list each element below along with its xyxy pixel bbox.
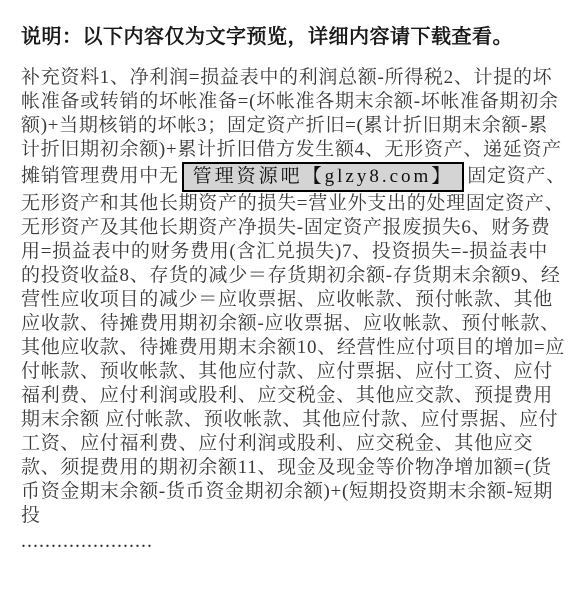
text-line: 其他应收款、待摊费用期末余额10、经营性应付项目的增加=应: [21, 336, 561, 360]
text-line: 工资、应付福利费、应付利润或股利、应交税金、其他应交: [21, 432, 561, 456]
text-line: 币资金期末余额-货币资金期初余额)+(短期投资期末余额-短期: [21, 480, 561, 504]
text-line: 帐准备或转销的坏帐准备=(坏帐准各期末余额-坏帐准备期初余: [21, 90, 561, 114]
text-line: 投: [21, 504, 561, 528]
text-line: 款、须提费用的期初余额11、现金及现金等价物净增加额=(货: [21, 456, 561, 480]
text-run: 固定资产、: [467, 165, 566, 186]
text-line: 营性应收项目的减少＝应收票据、应收帐款、预付帐款、其他: [21, 288, 561, 312]
truncation-ellipsis: ......................: [21, 530, 564, 553]
text-line: 期末余额 应付帐款、预收帐款、其他应付款、应付票据、应付: [21, 408, 561, 432]
text-line: 额)+当期核销的坏帐3；固定资产折旧=(累计折旧期末余额-累: [21, 114, 561, 138]
text-line: 福利费、应付利润或股利、应交税金、其他应交款、预提费用: [21, 384, 561, 408]
text-line: 计折旧期初余额)+累计折旧借方发生额4、无形资产、递延资产: [21, 138, 561, 162]
preview-body: 补充资料1、净利润=损益表中的利润总额-所得税2、计提的坏帐准备或转销的坏帐准备…: [21, 66, 561, 528]
text-line: 付帐款、预收帐款、其他应付款、应付票据、应付工资、应付: [21, 360, 561, 384]
preview-page: 说明：以下内容仅为文字预览，详细内容请下载查看。 补充资料1、净利润=损益表中的…: [0, 0, 578, 553]
text-line: 无形资产和其他长期资产的损失=营业外支出的处理固定资产、: [21, 192, 561, 216]
text-run: 摊销管理费用中无: [21, 165, 179, 186]
preview-notice: 说明：以下内容仅为文字预览，详细内容请下载查看。: [21, 20, 564, 49]
watermark-badge: 管理资源吧【glzy8.com】: [182, 162, 465, 192]
text-line: 的投资收益8、存货的减少＝存货期初余额-存货期末余额9、经: [21, 264, 561, 288]
text-line: 摊销管理费用中无管理资源吧【glzy8.com】固定资产、: [21, 162, 561, 192]
text-line: 无形资产及其他长期资产净损失-固定资产报废损失6、财务费: [21, 216, 561, 240]
text-line: 补充资料1、净利润=损益表中的利润总额-所得税2、计提的坏: [21, 66, 561, 90]
text-line: 用=损益表中的财务费用(含汇兑损失)7、投资损失=-损益表中: [21, 240, 561, 264]
text-line: 应收款、待摊费用期初余额-应收票据、应收帐款、预付帐款、: [21, 312, 561, 336]
